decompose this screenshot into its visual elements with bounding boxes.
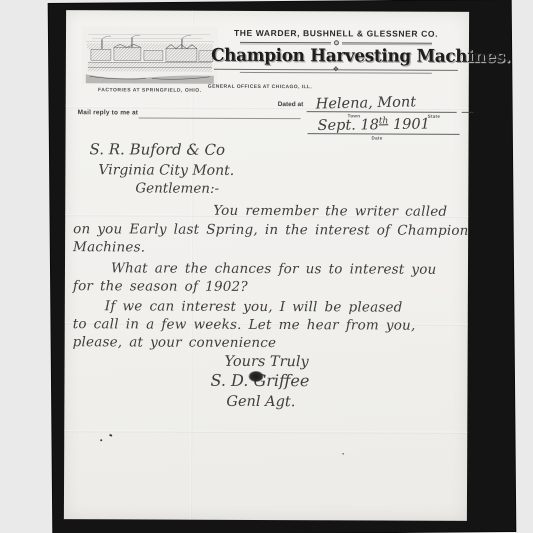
- circle-ornament-icon: [333, 40, 338, 45]
- offices-caption: GENERAL OFFICES AT CHICAGO, ILL.: [208, 84, 312, 90]
- handwritten-date-ordinal: th: [379, 116, 389, 126]
- closing: Yours Truly: [225, 355, 309, 370]
- body-line: to call in a few weeks. Let me hear from…: [73, 318, 416, 333]
- ink-speck: [109, 434, 113, 437]
- diamond-ornament-icon: ❖: [333, 66, 339, 74]
- mail-reply-label: Mail reply to me at: [78, 109, 139, 116]
- mail-reply-blank-line: [139, 117, 301, 119]
- paper-crease: [64, 430, 467, 434]
- letterhead-header: The Warder, Bushnell & Glessner Co. Cham…: [206, 28, 466, 77]
- handwritten-date: Sept. 18th 1901: [318, 117, 430, 134]
- town-state-blank-line-dash: [462, 112, 474, 113]
- ornamental-rule-top: [240, 40, 432, 46]
- handwritten-town-state: Helena, Mont: [316, 95, 417, 112]
- body-line: on you Early last Spring, in the interes…: [73, 223, 468, 238]
- body-line: Machines.: [73, 241, 145, 255]
- company-name: The Warder, Bushnell & Glessner Co.: [206, 28, 466, 39]
- ink-speck: [342, 453, 344, 454]
- salutation: Gentlemen:-: [135, 182, 219, 196]
- handwritten-date-main: Sept. 18: [318, 117, 380, 134]
- ink-speck: [100, 439, 102, 441]
- ornamental-rule-bottom: ❖: [214, 68, 458, 77]
- body-line: If we can interest you, I will be please…: [105, 300, 403, 315]
- body-line: please, at your convenience: [73, 336, 277, 350]
- factory-engraving-illustration: [82, 26, 218, 85]
- scanned-letter-photo: FACTORIES AT SPRINGFIELD, OHIO. The Ward…: [0, 0, 533, 533]
- body-line: You remember the writer called: [213, 205, 447, 220]
- factories-caption: FACTORIES AT SPRINGFIELD, OHIO.: [76, 87, 224, 94]
- recipient-name: S. R. Buford & Co: [89, 142, 225, 158]
- ink-blot: [248, 371, 263, 382]
- signer-title: Genl Agt.: [226, 395, 295, 410]
- letterhead-paper: FACTORIES AT SPRINGFIELD, OHIO. The Ward…: [64, 10, 469, 521]
- date-caption: Date: [372, 135, 383, 140]
- brand-name: Champion Harvesting Machines.: [211, 46, 461, 67]
- handwritten-date-year: 1901: [388, 117, 430, 134]
- body-line: What are the chances for us to interest …: [111, 262, 437, 277]
- dated-at-label: Dated at: [278, 101, 304, 108]
- body-line: for the season of 1902?: [73, 280, 248, 294]
- recipient-place: Virginia City Mont.: [98, 163, 234, 178]
